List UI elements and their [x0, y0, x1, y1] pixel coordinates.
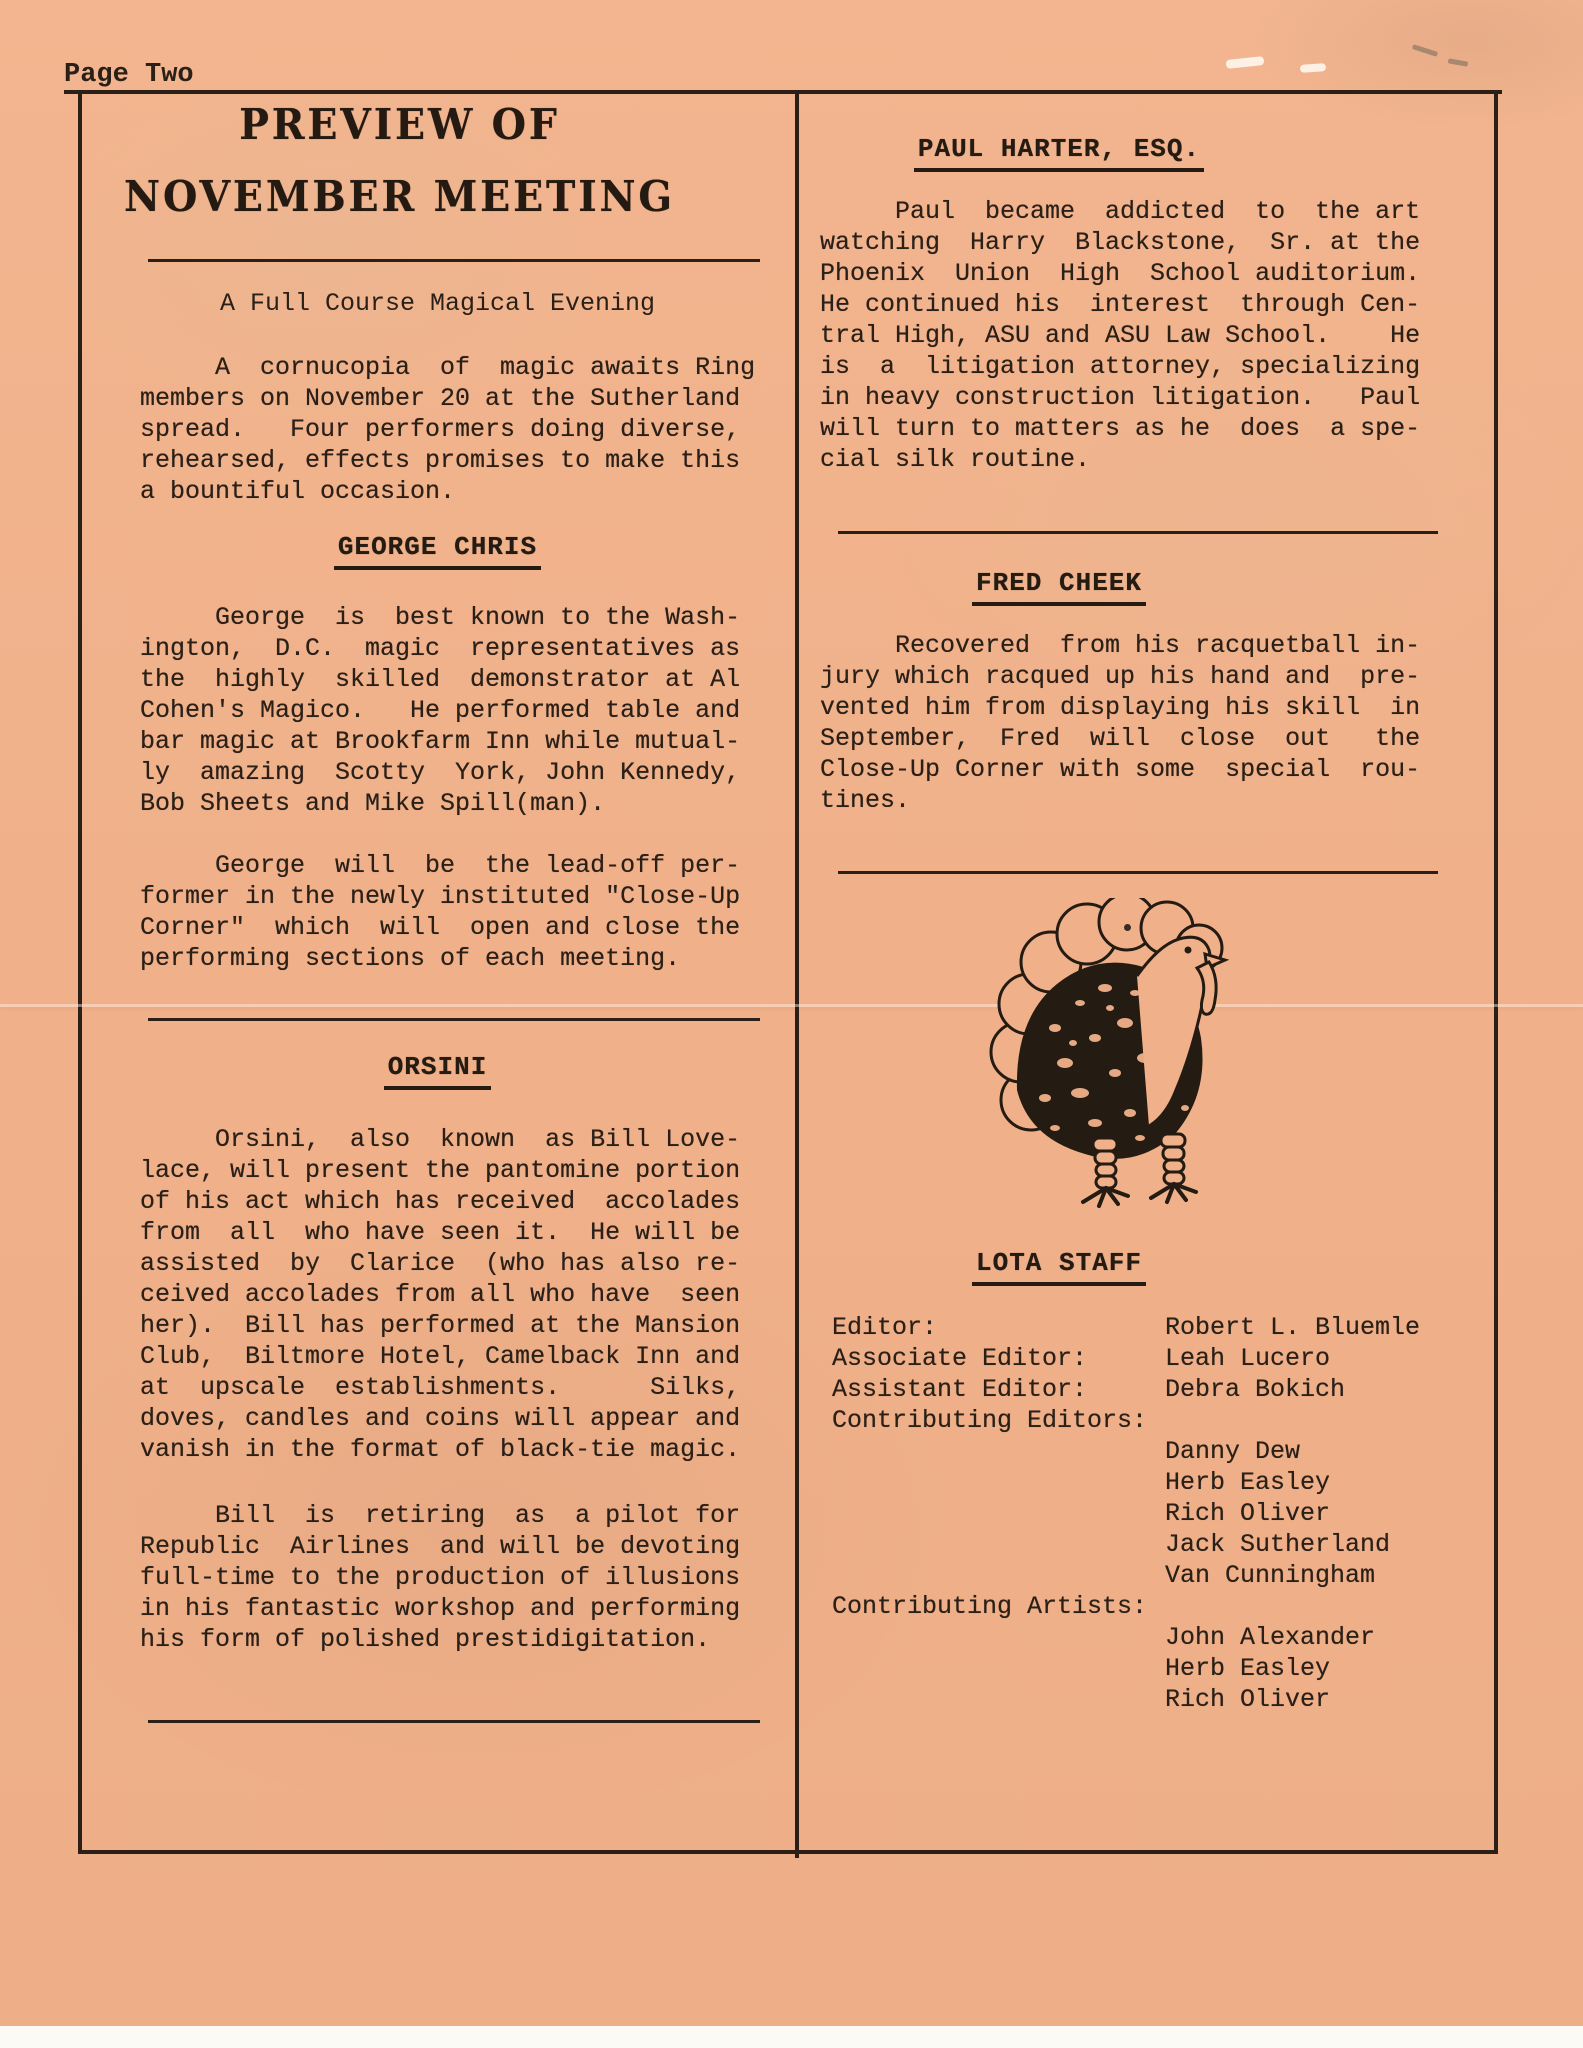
column-divider-rule	[795, 90, 799, 1858]
staff-role	[832, 1653, 1165, 1684]
staff-role: Contributing Artists:	[832, 1591, 1165, 1622]
page-number-label: Page Two	[64, 60, 194, 90]
staff-role	[832, 1622, 1165, 1653]
staff-role	[832, 1684, 1165, 1715]
staff-row: Editor: Robert L. Bluemle	[832, 1312, 1472, 1343]
left-column-rule-2	[148, 1720, 760, 1723]
staff-person: Danny Dew	[1165, 1436, 1472, 1467]
staff-person: John Alexander	[1165, 1622, 1472, 1653]
orsini-paragraph-2: Bill is retiring as a pilot for Republic…	[140, 1500, 740, 1655]
staple-mark-1	[1226, 56, 1265, 69]
staff-row: Herb Easley	[832, 1653, 1472, 1684]
fold-crease	[0, 1004, 1583, 1007]
right-column-rule-2	[838, 871, 1438, 874]
staff-row: Herb Easley	[832, 1467, 1472, 1498]
left-column-rule-1	[148, 1018, 760, 1021]
george-chris-paragraph-1: George is best known to the Wash- ington…	[140, 602, 740, 819]
staff-person	[1165, 1591, 1472, 1622]
staff-row: John Alexander	[832, 1622, 1472, 1653]
orsini-heading: ORSINI	[78, 1052, 797, 1090]
staff-row: Jack Sutherland	[832, 1529, 1472, 1560]
paul-harter-heading: PAUL HARTER, ESQ.	[799, 134, 1319, 172]
staff-role	[832, 1560, 1165, 1591]
headline-line-2: NOVEMBER MEETING	[62, 172, 738, 221]
intro-paragraph: A cornucopia of magic awaits Ring member…	[140, 352, 755, 507]
orsini-paragraph-1: Orsini, also known as Bill Love- lace, w…	[140, 1124, 740, 1465]
staff-person: Leah Lucero	[1165, 1343, 1472, 1374]
george-chris-paragraph-2: George will be the lead-off per- former …	[140, 850, 740, 974]
paul-harter-paragraph: Paul became addicted to the art watching…	[820, 196, 1420, 475]
staff-role: Associate Editor:	[832, 1343, 1165, 1374]
staff-role: Assistant Editor:	[832, 1374, 1165, 1405]
headline-line-1: PREVIEW OF	[62, 100, 738, 149]
staff-role	[832, 1436, 1165, 1467]
staff-role	[832, 1467, 1165, 1498]
turkey-illustration	[985, 898, 1250, 1213]
staff-role: Contributing Editors:	[832, 1405, 1165, 1436]
staff-person: Rich Oliver	[1165, 1684, 1472, 1715]
right-column-rule-1	[838, 531, 1438, 534]
staff-row: Assistant Editor: Debra Bokich	[832, 1374, 1472, 1405]
staple-mark-2	[1300, 63, 1326, 73]
subtitle: A Full Course Magical Evening	[78, 288, 797, 319]
staff-person	[1165, 1405, 1472, 1436]
staff-role	[832, 1498, 1165, 1529]
headline-rule	[148, 259, 760, 262]
pen-mark-1	[1412, 44, 1438, 57]
staff-person: Herb Easley	[1165, 1467, 1472, 1498]
staff-row: Van Cunningham	[832, 1560, 1472, 1591]
staff-person: Herb Easley	[1165, 1653, 1472, 1684]
pen-mark-2	[1448, 58, 1469, 66]
george-chris-heading: GEORGE CHRIS	[78, 532, 797, 570]
staff-list: Editor: Robert L. Bluemle Associate Edit…	[832, 1312, 1472, 1715]
ink-speck	[1124, 924, 1131, 931]
fred-cheek-heading: FRED CHEEK	[799, 568, 1319, 606]
staff-person: Debra Bokich	[1165, 1374, 1472, 1405]
staff-row: Contributing Editors:	[832, 1405, 1472, 1436]
staff-row: Rich Oliver	[832, 1498, 1472, 1529]
staff-row: Associate Editor: Leah Lucero	[832, 1343, 1472, 1374]
staff-person: Van Cunningham	[1165, 1560, 1472, 1591]
lota-staff-heading: LOTA STAFF	[799, 1248, 1319, 1286]
staff-person: Jack Sutherland	[1165, 1529, 1472, 1560]
staff-row: Danny Dew	[832, 1436, 1472, 1467]
staff-person: Robert L. Bluemle	[1165, 1312, 1472, 1343]
staff-row: Contributing Artists:	[832, 1591, 1472, 1622]
staff-role: Editor:	[832, 1312, 1165, 1343]
fred-cheek-paragraph: Recovered from his racquetball in- jury …	[820, 630, 1420, 816]
staff-person: Rich Oliver	[1165, 1498, 1472, 1529]
newsletter-page: Page Two PREVIEW OF NOVEMBER MEETING A F…	[0, 0, 1583, 2026]
staff-row: Rich Oliver	[832, 1684, 1472, 1715]
staff-role	[832, 1529, 1165, 1560]
